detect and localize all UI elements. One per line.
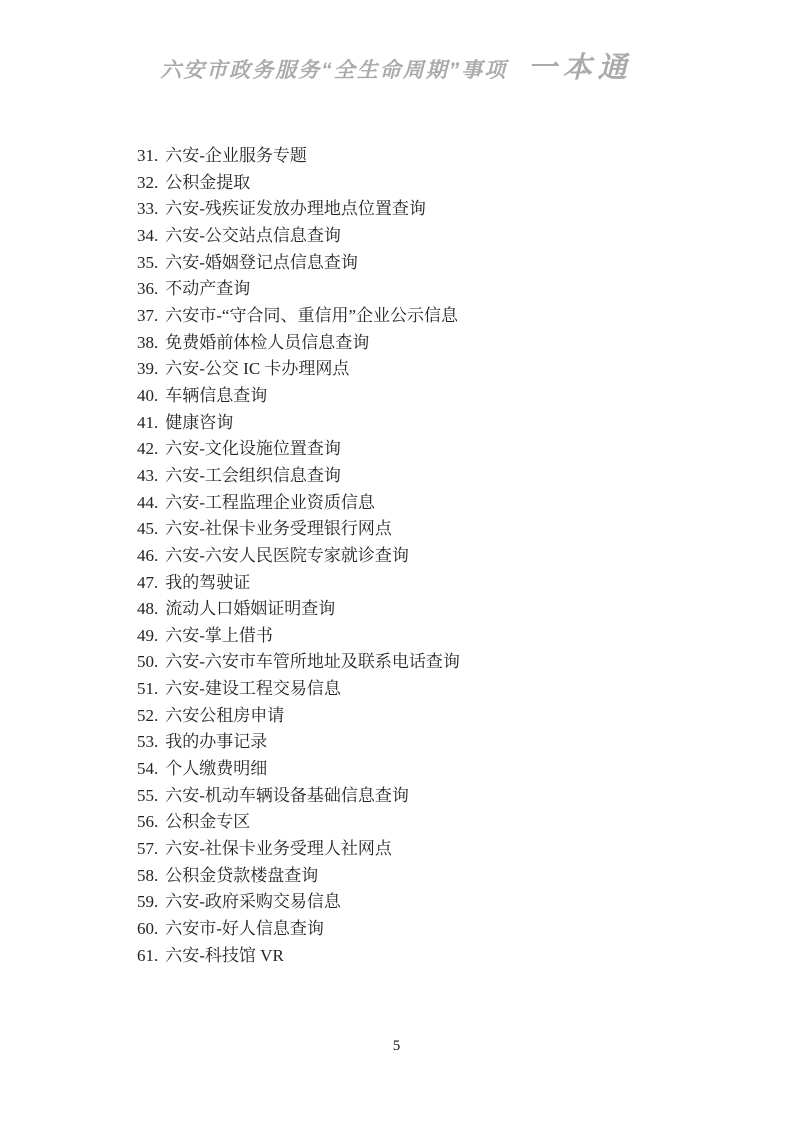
item-label: 个人缴费明细 — [165, 759, 267, 778]
item-number: 61. — [137, 943, 158, 970]
item-label: 六安-文化设施位置查询 — [165, 439, 341, 458]
list-item: 47.我的驾驶证 — [137, 570, 460, 597]
list-item: 59.六安-政府采购交易信息 — [137, 889, 460, 916]
list-item: 55.六安-机动车辆设备基础信息查询 — [137, 783, 460, 810]
item-number: 59. — [137, 889, 158, 916]
item-number: 48. — [137, 596, 158, 623]
service-list: 31.六安-企业服务专题32.公积金提取33.六安-残疾证发放办理地点位置查询3… — [137, 143, 460, 969]
list-item: 56.公积金专区 — [137, 809, 460, 836]
document-page: 六安市政务服务“全生命周期”事项 一本通 31.六安-企业服务专题32.公积金提… — [0, 0, 793, 1122]
page-header: 六安市政务服务“全生命周期”事项 一本通 — [0, 50, 793, 86]
item-label: 六安-科技馆 VR — [165, 946, 284, 965]
list-item: 61.六安-科技馆 VR — [137, 943, 460, 970]
list-item: 48.流动人口婚姻证明查询 — [137, 596, 460, 623]
item-label: 六安-公交 IC 卡办理网点 — [165, 359, 349, 378]
item-label: 免费婚前体检人员信息查询 — [165, 333, 369, 352]
item-number: 56. — [137, 809, 158, 836]
item-number: 35. — [137, 250, 158, 277]
item-label: 六安-工会组织信息查询 — [165, 466, 341, 485]
item-number: 45. — [137, 516, 158, 543]
item-label: 六安-残疾证发放办理地点位置查询 — [165, 199, 426, 218]
item-label: 公积金专区 — [165, 812, 250, 831]
list-item: 50.六安-六安市车管所地址及联系电话查询 — [137, 649, 460, 676]
item-number: 38. — [137, 330, 158, 357]
list-item: 38.免费婚前体检人员信息查询 — [137, 330, 460, 357]
item-number: 37. — [137, 303, 158, 330]
item-label: 我的驾驶证 — [165, 573, 250, 592]
list-item: 31.六安-企业服务专题 — [137, 143, 460, 170]
item-label: 车辆信息查询 — [165, 386, 267, 405]
item-label: 我的办事记录 — [165, 732, 267, 751]
item-number: 47. — [137, 570, 158, 597]
item-number: 58. — [137, 863, 158, 890]
item-label: 六安-建设工程交易信息 — [165, 679, 341, 698]
list-item: 46.六安-六安人民医院专家就诊查询 — [137, 543, 460, 570]
item-number: 39. — [137, 356, 158, 383]
item-number: 53. — [137, 729, 158, 756]
item-label: 六安-机动车辆设备基础信息查询 — [165, 786, 409, 805]
list-item: 52.六安公租房申请 — [137, 703, 460, 730]
item-label: 健康咨询 — [165, 413, 233, 432]
list-item: 40.车辆信息查询 — [137, 383, 460, 410]
item-number: 60. — [137, 916, 158, 943]
list-item: 54.个人缴费明细 — [137, 756, 460, 783]
item-label: 六安公租房申请 — [165, 706, 284, 725]
header-title: 六安市政务服务“全生命周期”事项 — [160, 59, 507, 82]
item-number: 36. — [137, 276, 158, 303]
list-item: 45.六安-社保卡业务受理银行网点 — [137, 516, 460, 543]
item-number: 51. — [137, 676, 158, 703]
list-item: 34.六安-公交站点信息查询 — [137, 223, 460, 250]
item-number: 32. — [137, 170, 158, 197]
item-label: 公积金提取 — [165, 173, 250, 192]
list-item: 60.六安市-好人信息查询 — [137, 916, 460, 943]
list-item: 41.健康咨询 — [137, 410, 460, 437]
list-item: 49.六安-掌上借书 — [137, 623, 460, 650]
page-footer: 5 — [0, 1038, 793, 1055]
item-number: 57. — [137, 836, 158, 863]
item-label: 六安市-好人信息查询 — [165, 919, 324, 938]
item-number: 46. — [137, 543, 158, 570]
item-label: 六安-六安市车管所地址及联系电话查询 — [165, 652, 460, 671]
item-number: 52. — [137, 703, 158, 730]
list-item: 37.六安市-“守合同、重信用”企业公示信息 — [137, 303, 460, 330]
item-number: 43. — [137, 463, 158, 490]
item-label: 六安-社保卡业务受理银行网点 — [165, 519, 392, 538]
item-number: 33. — [137, 196, 158, 223]
list-item: 43.六安-工会组织信息查询 — [137, 463, 460, 490]
list-item: 39.六安-公交 IC 卡办理网点 — [137, 356, 460, 383]
item-label: 六安-六安人民医院专家就诊查询 — [165, 546, 409, 565]
item-label: 不动产查询 — [165, 279, 250, 298]
item-number: 31. — [137, 143, 158, 170]
item-label: 六安-工程监理企业资质信息 — [165, 493, 375, 512]
item-number: 41. — [137, 410, 158, 437]
page-number: 5 — [393, 1038, 401, 1054]
list-item: 35.六安-婚姻登记点信息查询 — [137, 250, 460, 277]
header-brand-title: 一本通 — [528, 52, 633, 84]
item-label: 六安-婚姻登记点信息查询 — [165, 253, 358, 272]
item-label: 公积金贷款楼盘查询 — [165, 866, 318, 885]
item-label: 六安-掌上借书 — [165, 626, 273, 645]
item-number: 50. — [137, 649, 158, 676]
item-number: 44. — [137, 490, 158, 517]
list-item: 57.六安-社保卡业务受理人社网点 — [137, 836, 460, 863]
item-number: 34. — [137, 223, 158, 250]
item-label: 六安市-“守合同、重信用”企业公示信息 — [165, 306, 458, 325]
item-label: 六安-企业服务专题 — [165, 146, 307, 165]
item-number: 55. — [137, 783, 158, 810]
item-label: 六安-公交站点信息查询 — [165, 226, 341, 245]
list-item: 51.六安-建设工程交易信息 — [137, 676, 460, 703]
item-label: 六安-政府采购交易信息 — [165, 892, 341, 911]
item-number: 42. — [137, 436, 158, 463]
item-label: 六安-社保卡业务受理人社网点 — [165, 839, 392, 858]
item-number: 40. — [137, 383, 158, 410]
list-item: 53.我的办事记录 — [137, 729, 460, 756]
list-item: 36.不动产查询 — [137, 276, 460, 303]
list-item: 42.六安-文化设施位置查询 — [137, 436, 460, 463]
list-item: 33.六安-残疾证发放办理地点位置查询 — [137, 196, 460, 223]
item-number: 54. — [137, 756, 158, 783]
list-item: 32.公积金提取 — [137, 170, 460, 197]
list-item: 58.公积金贷款楼盘查询 — [137, 863, 460, 890]
item-number: 49. — [137, 623, 158, 650]
list-item: 44.六安-工程监理企业资质信息 — [137, 490, 460, 517]
item-label: 流动人口婚姻证明查询 — [165, 599, 335, 618]
